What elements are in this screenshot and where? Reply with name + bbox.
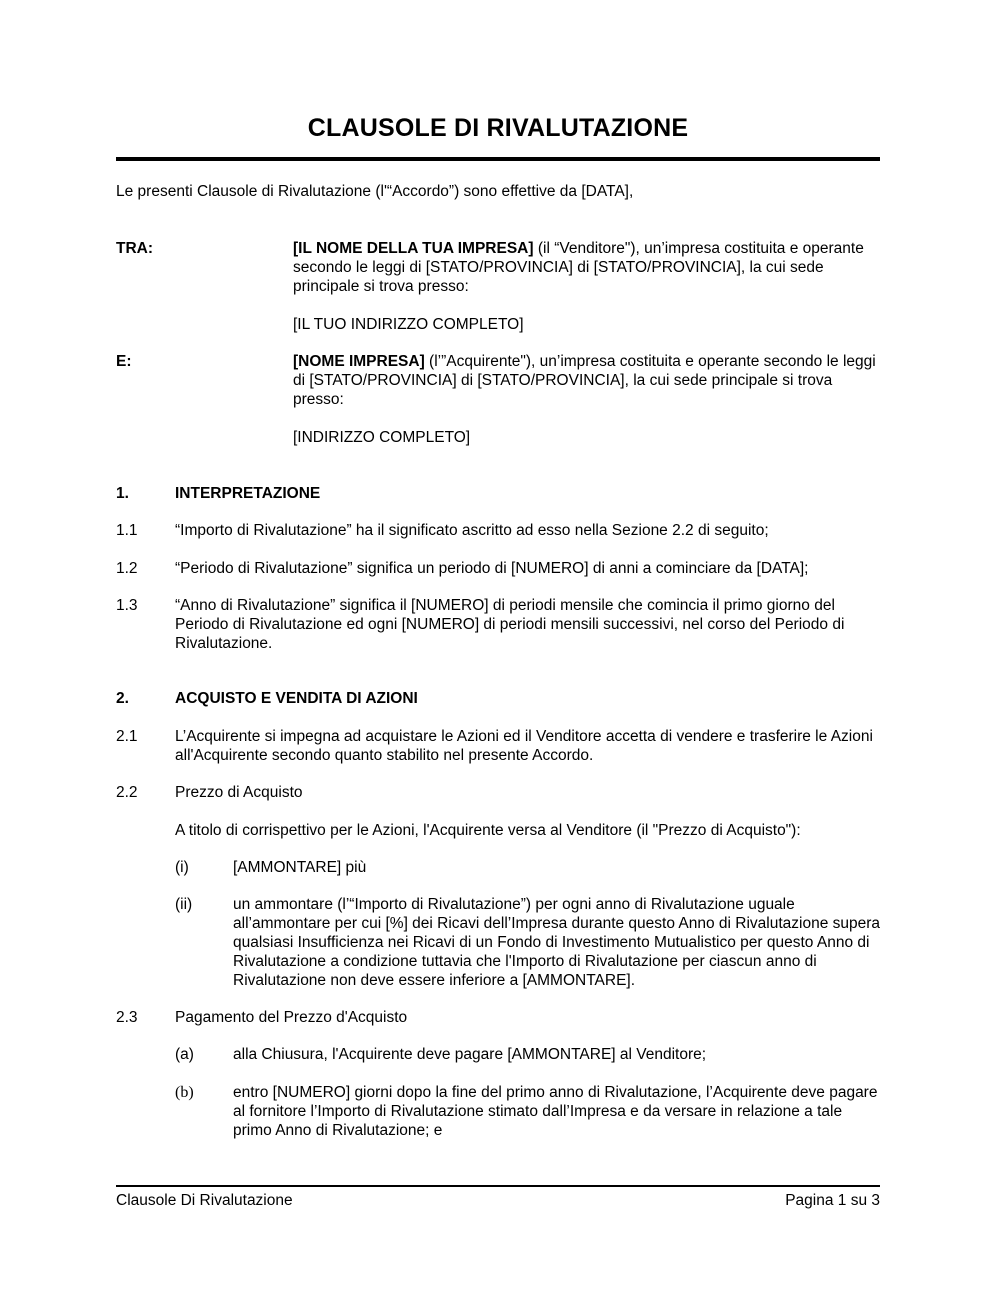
item-marker: (i) — [175, 858, 189, 877]
item-text: [AMMONTARE] più — [233, 858, 883, 877]
clause-number: 1.3 — [116, 596, 138, 615]
item-marker: (ii) — [175, 895, 192, 914]
document-page: CLAUSOLE DI RIVALUTAZIONE Le presenti Cl… — [0, 0, 1000, 1290]
party-description-buyer: [NOME IMPRESA] (l’”Acquirente"), un’impr… — [293, 352, 883, 409]
item-marker: (b) — [175, 1083, 194, 1102]
clause-number: 2.3 — [116, 1008, 138, 1027]
clause-heading: Prezzo di Acquisto — [175, 783, 885, 802]
clause-text: “Periodo di Rivalutazione” significa un … — [175, 559, 885, 578]
clause-text: “Anno di Rivalutazione” significa il [NU… — [175, 596, 885, 653]
footer-page-number: Pagina 1 su 3 — [785, 1192, 880, 1210]
party-description-seller: [IL NOME DELLA TUA IMPRESA] (il “Vendito… — [293, 239, 883, 296]
section-number: 2. — [116, 689, 129, 708]
footer-document-name: Clausole Di Rivalutazione — [116, 1192, 293, 1210]
item-text: alla Chiusura, l'Acquirente deve pagare … — [233, 1045, 883, 1064]
clause-body: A titolo di corrispettivo per le Azioni,… — [175, 821, 885, 840]
clause-heading: Pagamento del Prezzo d'Acquisto — [175, 1008, 885, 1027]
document-title: CLAUSOLE DI RIVALUTAZIONE — [116, 114, 880, 143]
party-address-buyer: [INDIRIZZO COMPLETO] — [293, 428, 883, 447]
intro-paragraph: Le presenti Clausole di Rivalutazione (l… — [116, 182, 633, 201]
party-label-buyer: E: — [116, 352, 132, 371]
section-title: ACQUISTO E VENDITA DI AZIONI — [175, 689, 418, 708]
party-name-buyer: [NOME IMPRESA] — [293, 353, 425, 370]
title-divider — [116, 157, 880, 161]
clause-number: 1.2 — [116, 559, 138, 578]
section-number: 1. — [116, 484, 129, 503]
item-text: entro [NUMERO] giorni dopo la fine del p… — [233, 1083, 883, 1140]
clause-text: “Importo di Rivalutazione” ha il signifi… — [175, 521, 885, 540]
clause-number: 2.2 — [116, 783, 138, 802]
party-label-seller: TRA: — [116, 239, 153, 258]
clause-number: 2.1 — [116, 727, 138, 746]
clause-text: L’Acquirente si impegna ad acquistare le… — [175, 727, 885, 765]
item-text: un ammontare (l’“Importo di Rivalutazion… — [233, 895, 883, 990]
section-title: INTERPRETAZIONE — [175, 484, 320, 503]
footer-divider — [116, 1185, 880, 1187]
party-name-seller: [IL NOME DELLA TUA IMPRESA] — [293, 240, 534, 257]
party-address-seller: [IL TUO INDIRIZZO COMPLETO] — [293, 315, 883, 334]
item-marker: (a) — [175, 1045, 194, 1064]
clause-number: 1.1 — [116, 521, 138, 540]
